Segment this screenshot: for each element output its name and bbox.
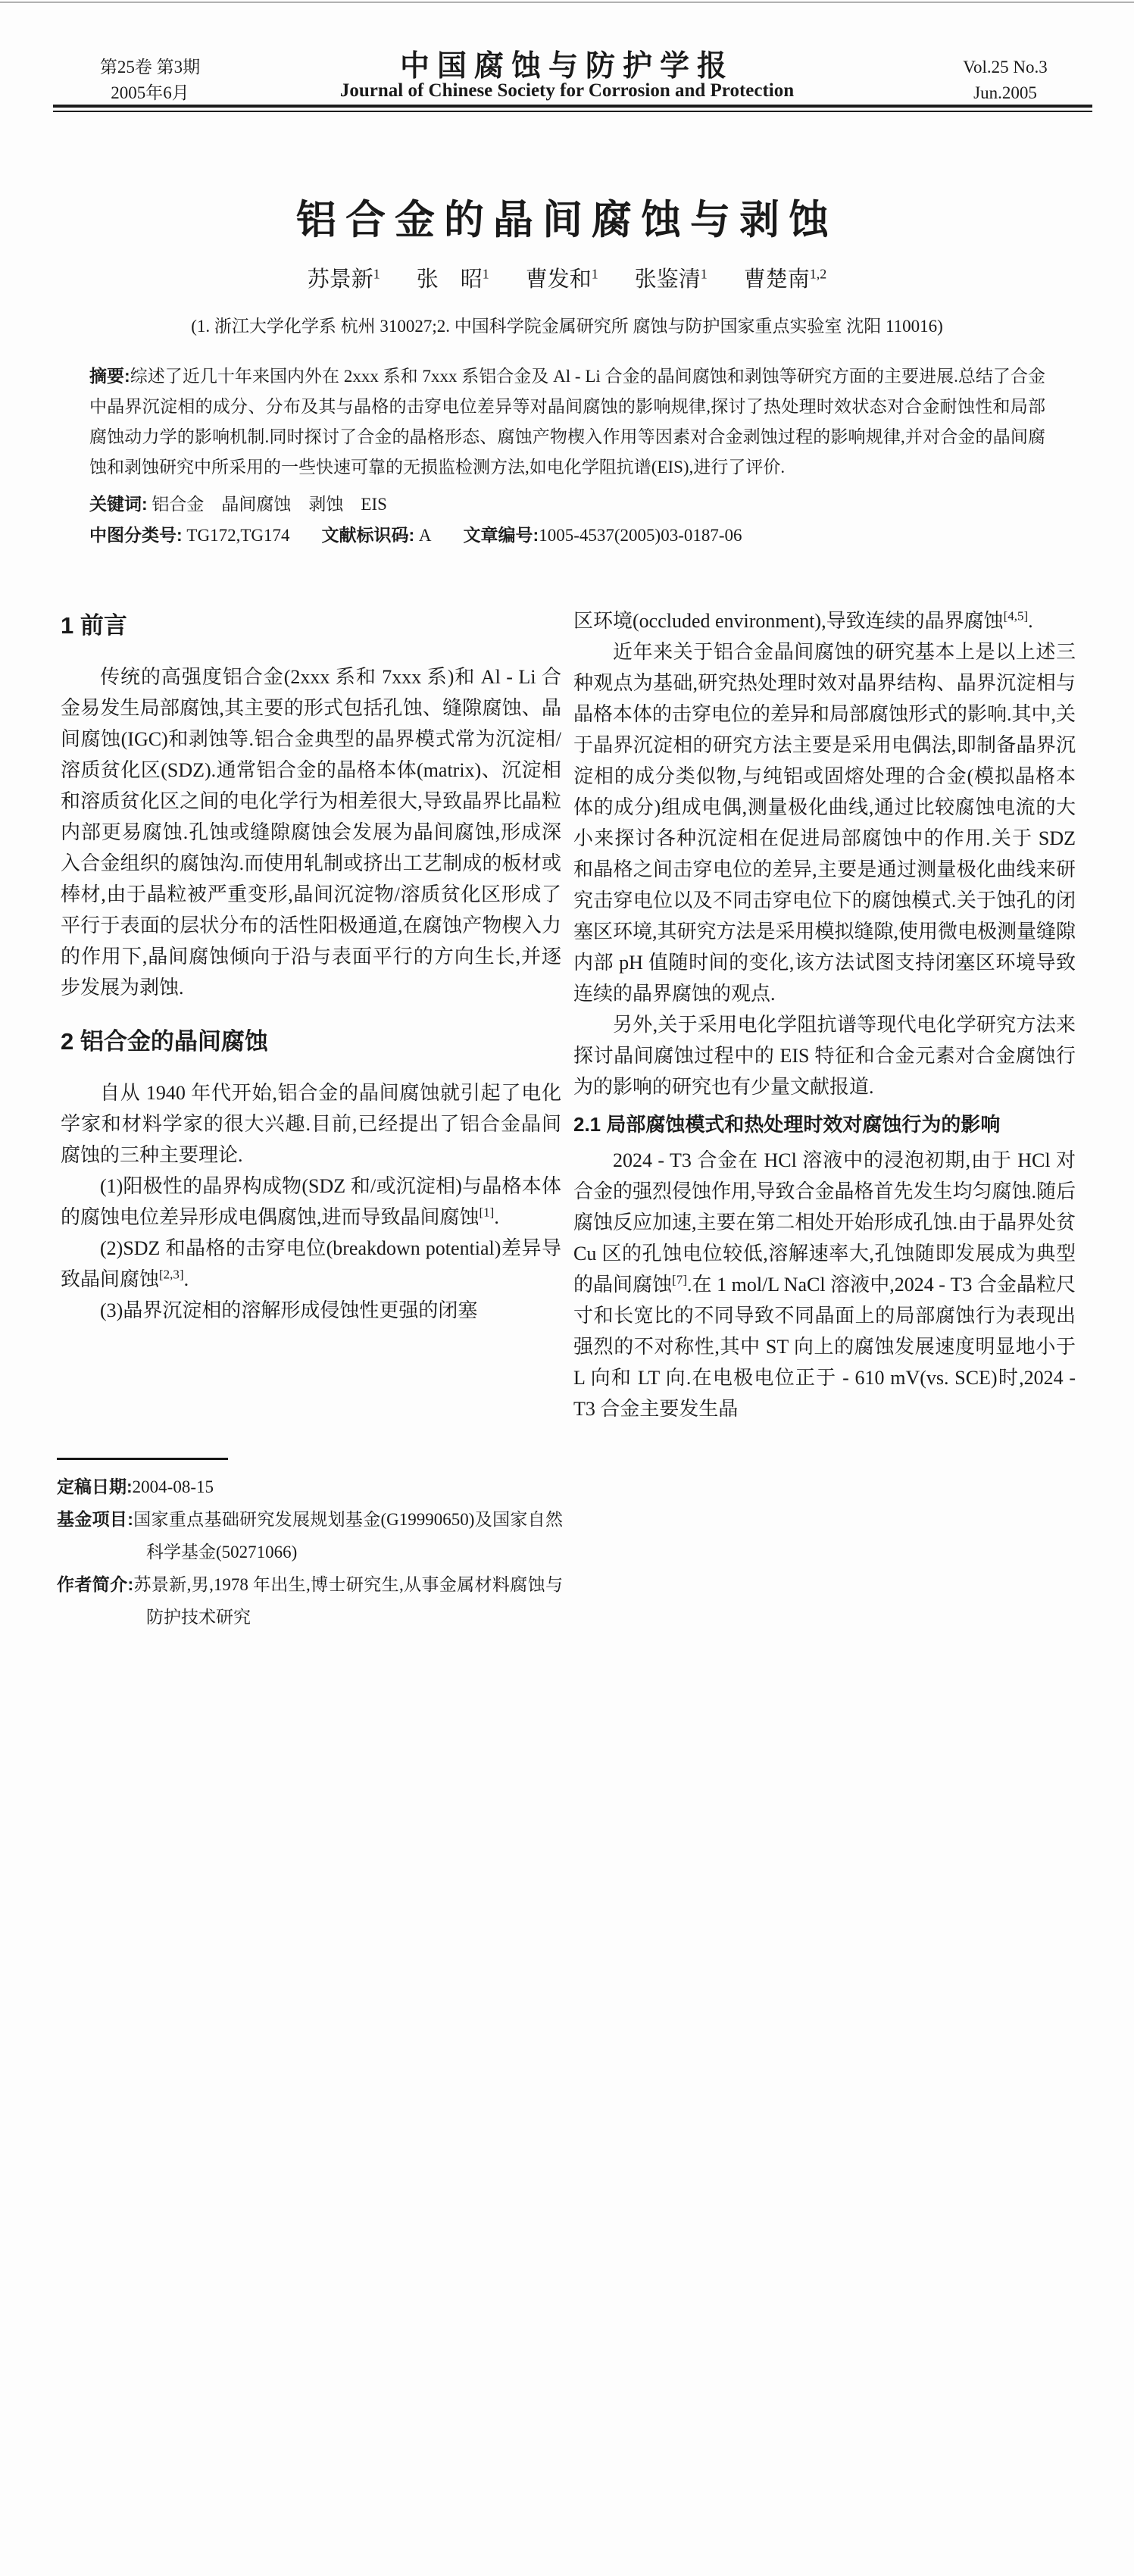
author: 张 昭1: [417, 262, 489, 293]
journal-page: 第25卷 第3期 2005年6月 中国腐蚀与防护学报 Journal of Ch…: [0, 0, 1134, 2576]
paragraph: 2024 - T3 合金在 HCl 溶液中的浸泡初期,由于 HCl 对合金的强烈…: [573, 1145, 1076, 1424]
section-2-1-heading: 2.1 局部腐蚀模式和热处理时效对腐蚀行为的影响: [573, 1109, 1076, 1140]
header-vol-block: Vol.25 No.3 Jun.2005: [929, 55, 1081, 106]
author-name: 曹发和: [526, 267, 592, 292]
author-name: 曹楚南: [744, 267, 810, 292]
volume-en: Vol.25 No.3: [929, 55, 1081, 80]
author: 张鉴清1: [635, 262, 708, 293]
body-column-left: 1 前言 传统的高强度铝合金(2xxx 系和 7xxx 系)和 Al - Li …: [61, 611, 561, 1326]
author-name: 苏景新: [308, 267, 373, 292]
author: 曹发和1: [526, 262, 598, 293]
paragraph: 传统的高强度铝合金(2xxx 系和 7xxx 系)和 Al - Li 合金易发生…: [61, 661, 561, 1003]
author-list: 苏景新1 张 昭1 曹发和1 张鉴清1 曹楚南1,2: [0, 262, 1134, 293]
keywords-text: 铝合金 晶间腐蚀 剥蚀 EIS: [152, 495, 387, 514]
author-affil-sup: 1,2: [810, 266, 827, 281]
article-title: 铝合金的晶间腐蚀与剥蚀: [0, 188, 1134, 245]
footnote-bio: 作者简介:苏景新,男,1978 年出生,博士研究生,从事金属材料腐蚀与防护技术研…: [57, 1568, 563, 1633]
footnote-block: 定稿日期:2004-08-15 基金项目:国家重点基础研究发展规划基金(G199…: [57, 1458, 563, 1633]
footnote-fund-value: 国家重点基础研究发展规划基金(G19990650)及国家自然科学基金(50271…: [133, 1510, 563, 1562]
author: 苏景新1: [308, 262, 380, 293]
author-affil-sup: 1: [483, 266, 489, 281]
footnote-date-label: 定稿日期:: [57, 1477, 133, 1496]
abstract-text: 综述了近几十年来国内外在 2xxx 系和 7xxx 系铝合金及 Al - Li …: [89, 367, 1045, 477]
author-affil-sup: 1: [592, 266, 598, 281]
author-name: 张 昭: [417, 267, 483, 292]
paragraph: 另外,关于采用电化学阻抗谱等现代电化学研究方法来探讨晶间腐蚀过程中的 EIS 特…: [573, 1009, 1076, 1102]
paragraph: (1)阳极性的晶界构成物(SDZ 和/或沉淀相)与晶格本体的腐蚀电位差异形成电偶…: [61, 1171, 561, 1233]
keywords-line: 关键词: 铝合金 晶间腐蚀 剥蚀 EIS: [89, 489, 1045, 520]
article-id-label: 文章编号:: [464, 525, 539, 545]
doc-code-label: 文献标识码:: [322, 525, 415, 545]
author-affil-sup: 1: [701, 266, 708, 281]
footnote-bio-value: 苏景新,男,1978 年出生,博士研究生,从事金属材料腐蚀与防护技术研究: [133, 1575, 563, 1627]
abstract-paragraph: 摘要:综述了近几十年来国内外在 2xxx 系和 7xxx 系铝合金及 Al - …: [89, 361, 1045, 483]
issue-date-en: Jun.2005: [929, 80, 1081, 106]
section-2-heading: 2 铝合金的晶间腐蚀: [61, 1027, 561, 1057]
paragraph: (3)晶界沉淀相的溶解形成侵蚀性更强的闭塞: [61, 1295, 561, 1326]
body-column-right: 区环境(occluded environment),导致连续的晶界腐蚀[4,5]…: [573, 605, 1076, 1424]
paragraph: 自从 1940 年代开始,铝合金的晶间腐蚀就引起了电化学家和材料学家的很大兴趣.…: [61, 1077, 561, 1171]
front-matter: 摘要:综述了近几十年来国内外在 2xxx 系和 7xxx 系铝合金及 Al - …: [89, 361, 1045, 551]
section-1-heading: 1 前言: [61, 611, 561, 641]
footnote-bio-label: 作者简介:: [57, 1574, 133, 1594]
header-rule-thin: [53, 111, 1092, 112]
author: 曹楚南1,2: [744, 262, 827, 293]
clc-label: 中图分类号:: [89, 525, 183, 545]
affiliation-line: (1. 浙江大学化学系 杭州 310027;2. 中国科学院金属研究所 腐蚀与防…: [0, 312, 1134, 337]
paragraph: (2)SDZ 和晶格的击穿电位(breakdown potential)差异导致…: [61, 1233, 561, 1295]
footnote-date: 定稿日期:2004-08-15: [57, 1471, 563, 1503]
article-id-value: 1005-4537(2005)03-0187-06: [539, 526, 742, 545]
author-affil-sup: 1: [373, 266, 380, 281]
keywords-label: 关键词:: [89, 494, 148, 514]
scan-artifact-line: [0, 2, 1134, 3]
abstract-label: 摘要:: [89, 366, 130, 386]
doc-code-value: A: [419, 526, 432, 545]
footnote-fund: 基金项目:国家重点基础研究发展规划基金(G19990650)及国家自然科学基金(…: [57, 1503, 563, 1568]
paragraph: 近年来关于铝合金晶间腐蚀的研究基本上是以上述三种观点为基础,研究热处理时效对晶界…: [573, 636, 1076, 1009]
paragraph-continued: 区环境(occluded environment),导致连续的晶界腐蚀[4,5]…: [573, 605, 1076, 636]
footnote-divider: [57, 1458, 228, 1460]
clc-value: TG172,TG174: [186, 526, 289, 545]
classification-line: 中图分类号: TG172,TG174文献标识码: A文章编号:1005-4537…: [89, 520, 1045, 551]
footnote-fund-label: 基金项目:: [57, 1509, 133, 1529]
author-name: 张鉴清: [635, 267, 701, 292]
header-rule-thick: [53, 105, 1092, 108]
footnote-date-value: 2004-08-15: [133, 1477, 214, 1496]
